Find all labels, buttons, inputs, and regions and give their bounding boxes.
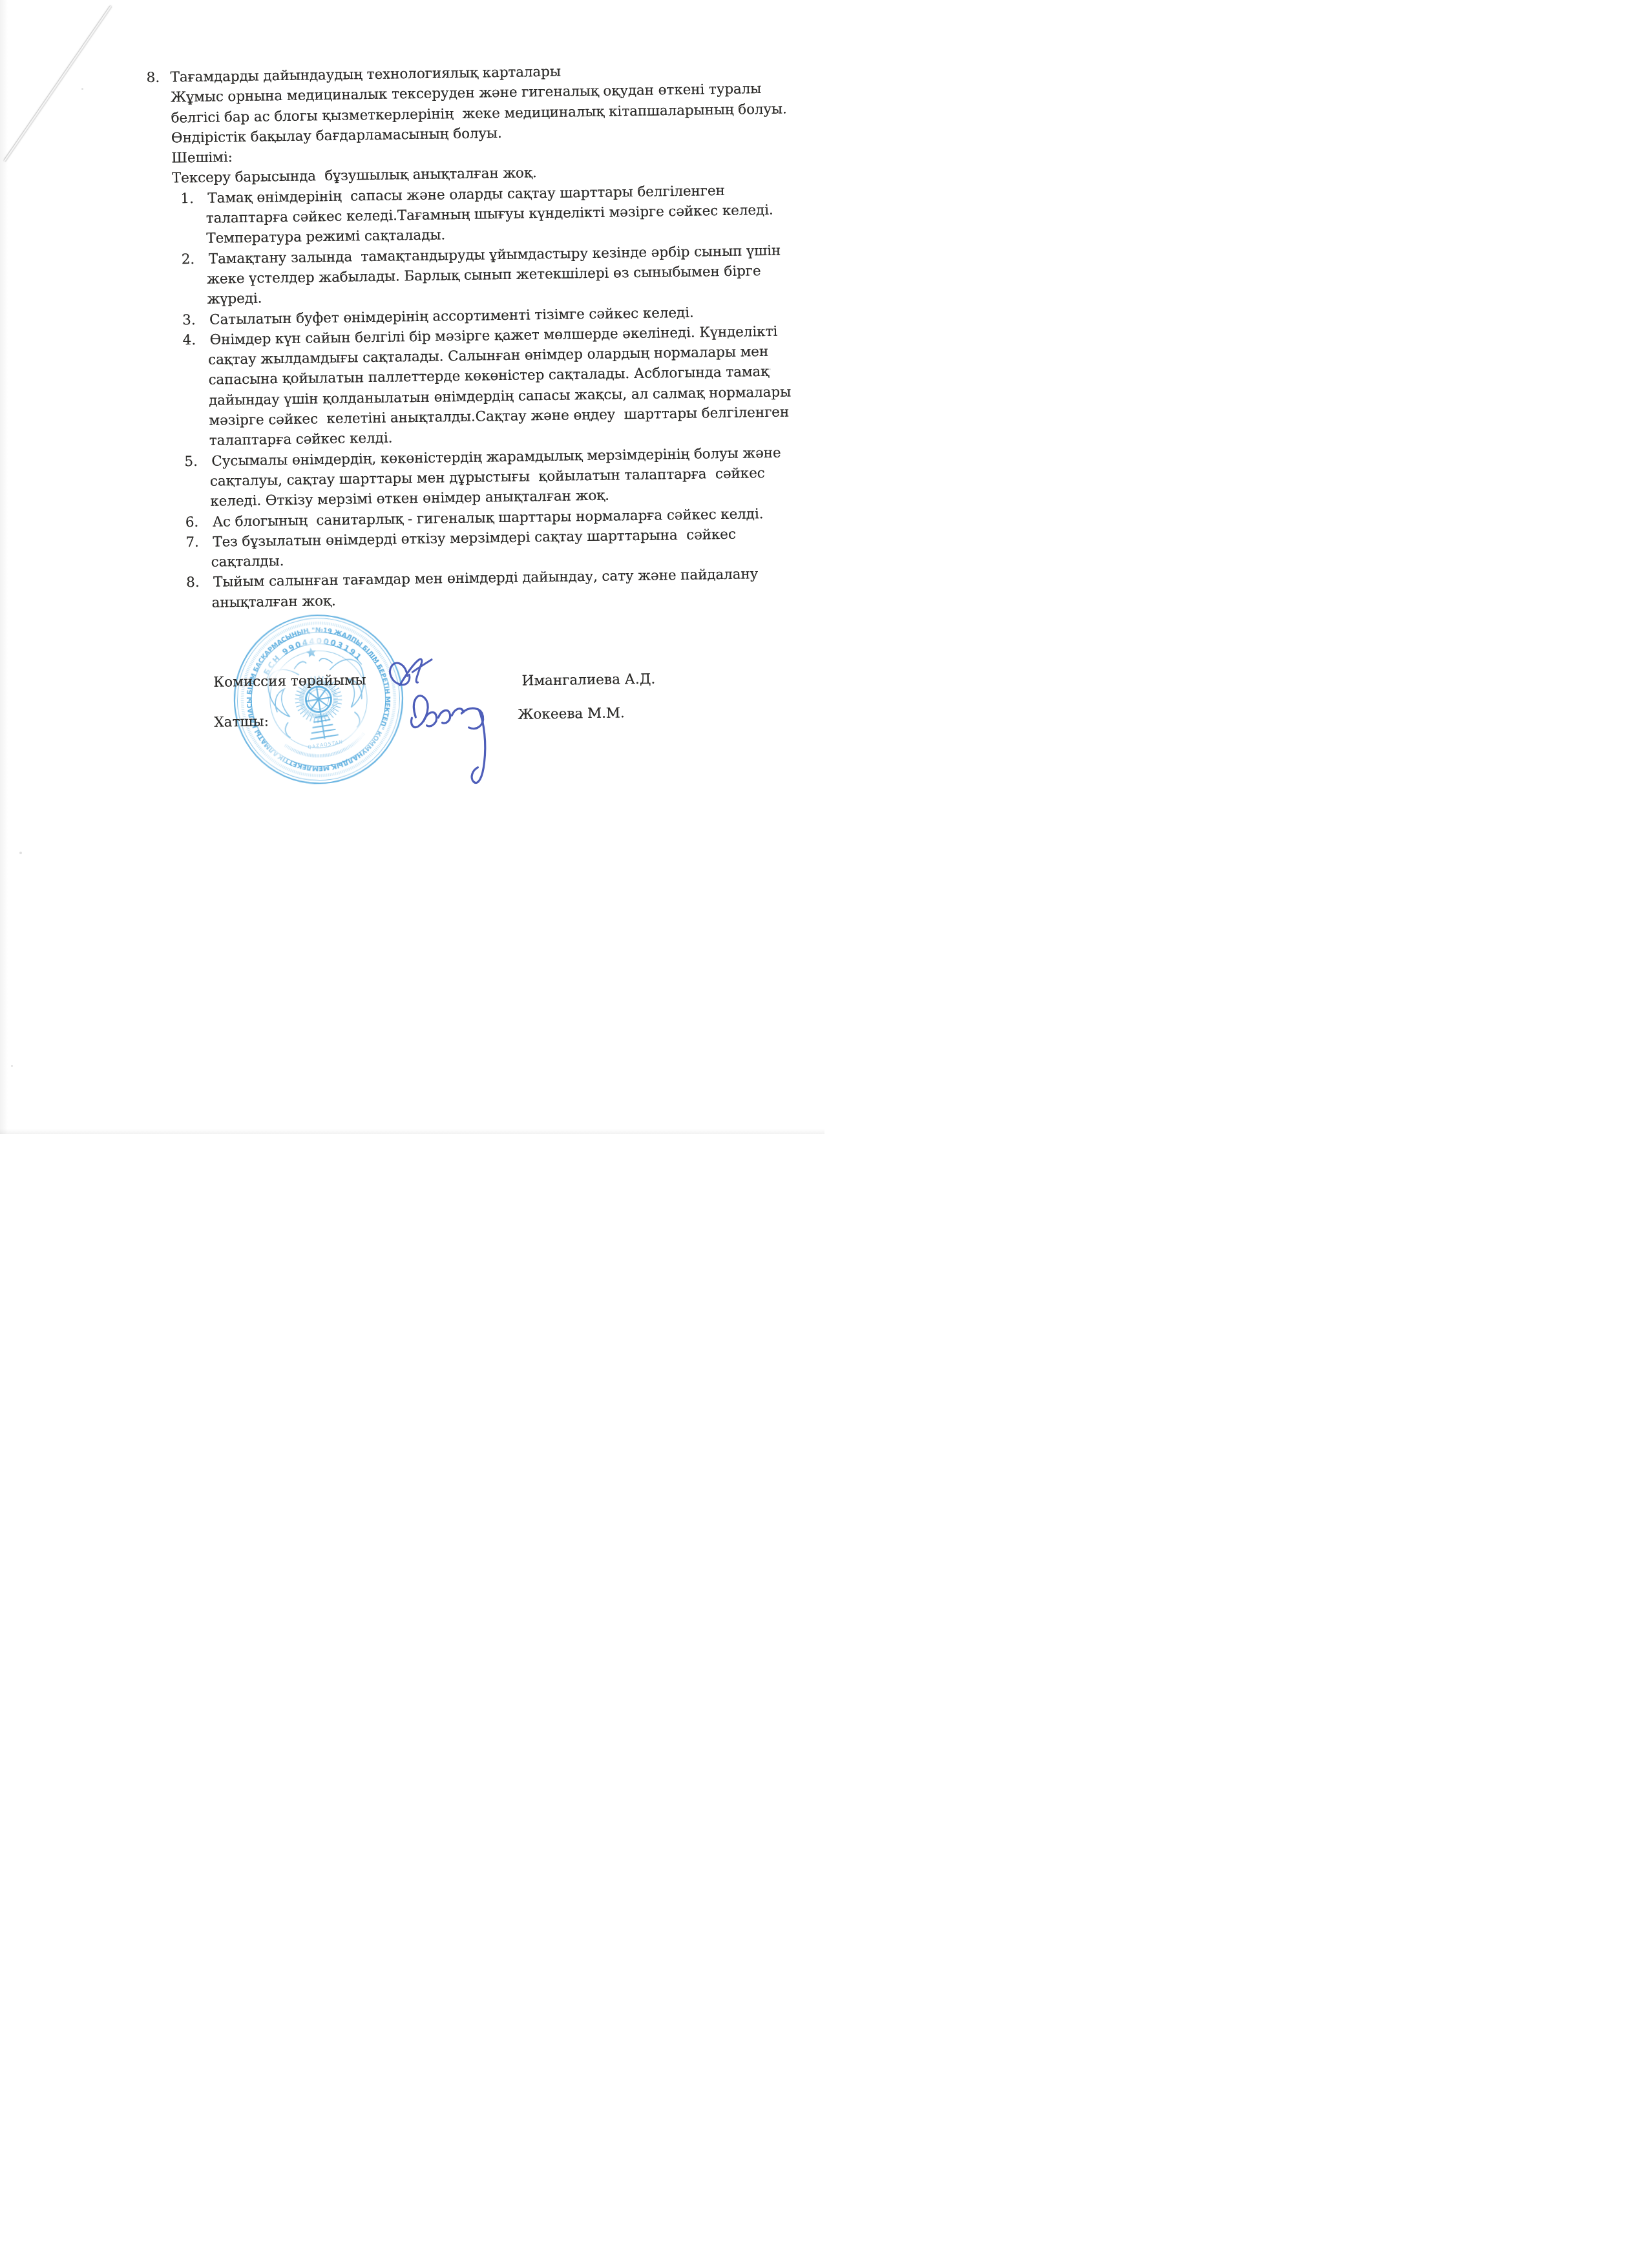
text-line: Тыйым салынған тағамдар мен өнімдерді да… bbox=[213, 567, 758, 591]
scan-speck bbox=[11, 1065, 13, 1067]
text-line: сақталуы, сақтау шарттары мен дұрыстығы … bbox=[210, 465, 765, 490]
list-number: 5. bbox=[184, 454, 198, 470]
text-line: белгісі бар ас блогы қызметкерлерінің же… bbox=[171, 101, 787, 126]
text-line: жүреді. bbox=[207, 291, 262, 308]
secretary-name: Жокеева М.М. bbox=[518, 705, 625, 722]
secretary-signature bbox=[394, 681, 494, 791]
text-line: Тез бұзылатын өнімдерді өткізу мерзімдер… bbox=[213, 526, 736, 550]
scanned-document-page: 8.Тағамдарды дайындаудың технологиялық к… bbox=[0, 0, 824, 1134]
list-number: 4. bbox=[182, 332, 196, 348]
list-number: 6. bbox=[185, 514, 199, 530]
list-number: 8. bbox=[186, 574, 200, 591]
text-line: келеді. Өткізу мерзімі өткен өнімдер аны… bbox=[210, 488, 609, 510]
text-line: мәзірге сәйкес келетіні анықталды.Сақтау… bbox=[209, 404, 789, 428]
text-line: талаптарға сәйкес келді. bbox=[209, 430, 393, 449]
emblem-caption: QAZAQSTAN bbox=[308, 739, 344, 750]
emblem-star bbox=[306, 647, 317, 658]
text-line: Тексеру барысында бұзушылық анықталған ж… bbox=[172, 165, 537, 187]
text-line: жеке үстелдер жабылады. Барлық сынып жет… bbox=[207, 263, 761, 288]
text-line: Шешімі: bbox=[171, 149, 233, 166]
text-line: Тамақ өнімдерінің сапасы және оларды сақ… bbox=[207, 183, 725, 207]
document-content: 8.Тағамдарды дайындаудың технологиялық к… bbox=[0, 0, 824, 1134]
document-body: 8.Тағамдарды дайындаудың технологиялық к… bbox=[170, 70, 178, 616]
secretary-label: Хатшы: bbox=[214, 713, 269, 730]
chair-name: Имангалиева А.Д. bbox=[521, 671, 655, 689]
text-line: Температура режимі сақталады. bbox=[206, 227, 445, 247]
text-line: Сатылатын буфет өнімдерінің ассортименті… bbox=[209, 304, 694, 328]
list-number: 2. bbox=[182, 251, 195, 268]
text-line: Ас блогының санитарлық - гигеналық шартт… bbox=[213, 506, 764, 530]
chair-label: Комиссия төрайымы bbox=[213, 672, 366, 691]
text-line: сапасына қойылатын паллеттерде көкөністе… bbox=[208, 364, 769, 388]
list-number: 1. bbox=[180, 191, 194, 207]
text-line: Тағамдарды дайындаудың технологиялық кар… bbox=[170, 64, 561, 86]
list-number: 7. bbox=[185, 534, 199, 551]
text-line: талаптарға сәйкес келеді.Тағамның шығуы … bbox=[206, 202, 773, 227]
list-number: 8. bbox=[146, 70, 160, 86]
text-line: Өндірістік бақылау бағдарламасының болуы… bbox=[171, 125, 502, 147]
text-line: сақталды. bbox=[211, 553, 284, 571]
text-line: сақтау жылдамдығы сақталады. Салынған өн… bbox=[208, 344, 768, 368]
list-number: 3. bbox=[182, 312, 196, 328]
